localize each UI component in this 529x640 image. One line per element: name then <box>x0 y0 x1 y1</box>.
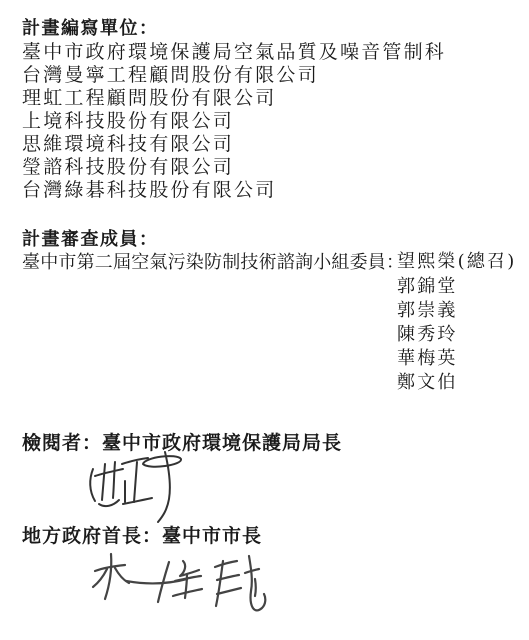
mayor-label: 地方政府首長：臺中市市長 <box>22 521 262 548</box>
committee-member: 郭崇義 <box>397 296 458 322</box>
committee-member: 陳秀玲 <box>397 320 458 346</box>
organization-item: 台灣綠碁科技股份有限公司 <box>22 175 276 202</box>
committee-member: 華梅英 <box>397 344 458 370</box>
document-page: 計畫編寫單位： 臺中市政府環境保護局空氣品質及噪音管制科 台灣曼寧工程顧問股份有… <box>0 0 529 640</box>
committee-member: 郭錦堂 <box>397 272 458 298</box>
committee-member: 望熙榮(總召) <box>397 247 516 273</box>
committee-member: 鄭文伯 <box>397 368 458 394</box>
mayor-signature <box>90 549 275 627</box>
committee-label: 臺中市第二屆空氣污染防制技術諮詢小組委員： <box>22 248 404 274</box>
reviewer-signature <box>84 449 196 525</box>
